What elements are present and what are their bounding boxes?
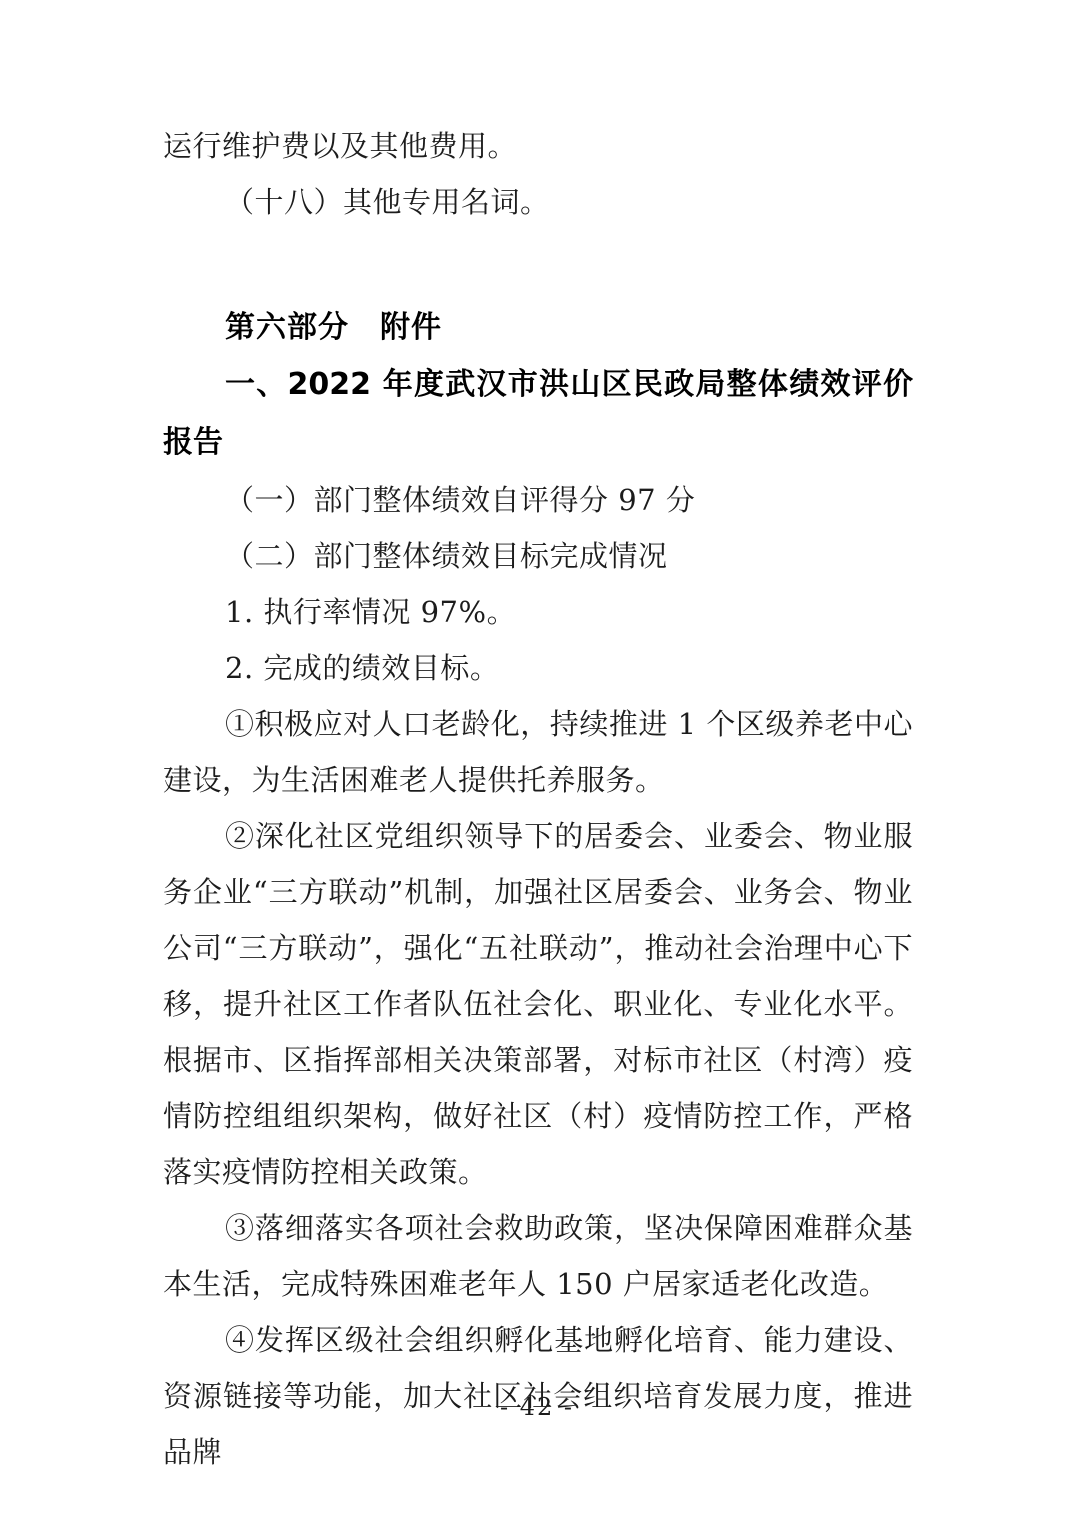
paragraph-goal-2-community-governance: ②深化社区党组织领导下的居委会、业委会、物业服务企业“三方联动”机制，加强社区居… [163, 808, 913, 1200]
paragraph-item-eighteen: （十八）其他专用名词。 [163, 174, 913, 230]
paragraph-completed-goals: 2. 完成的绩效目标。 [163, 640, 913, 696]
page-number: - 42 - [0, 1393, 1074, 1421]
paragraph-continuation: 运行维护费以及其他费用。 [163, 118, 913, 174]
section-heading-part-six: 第六部分 附件 [163, 300, 913, 356]
page-content: 运行维护费以及其他费用。 （十八）其他专用名词。 第六部分 附件 一、2022 … [163, 118, 913, 1480]
paragraph-execution-rate: 1. 执行率情况 97%。 [163, 584, 913, 640]
report-title: 一、2022 年度武汉市洪山区民政局整体绩效评价报告 [163, 356, 913, 472]
paragraph-goal-3-social-assistance: ③落细落实各项社会救助政策，坚决保障困难群众基本生活，完成特殊困难老年人 150… [163, 1200, 913, 1312]
paragraph-self-score: （一）部门整体绩效自评得分 97 分 [163, 472, 913, 528]
paragraph-goal-1-elderly-care: ①积极应对人口老龄化，持续推进 1 个区级养老中心建设，为生活困难老人提供托养服… [163, 696, 913, 808]
document-page: 运行维护费以及其他费用。 （十八）其他专用名词。 第六部分 附件 一、2022 … [0, 0, 1074, 1520]
paragraph-goal-completion: （二）部门整体绩效目标完成情况 [163, 528, 913, 584]
